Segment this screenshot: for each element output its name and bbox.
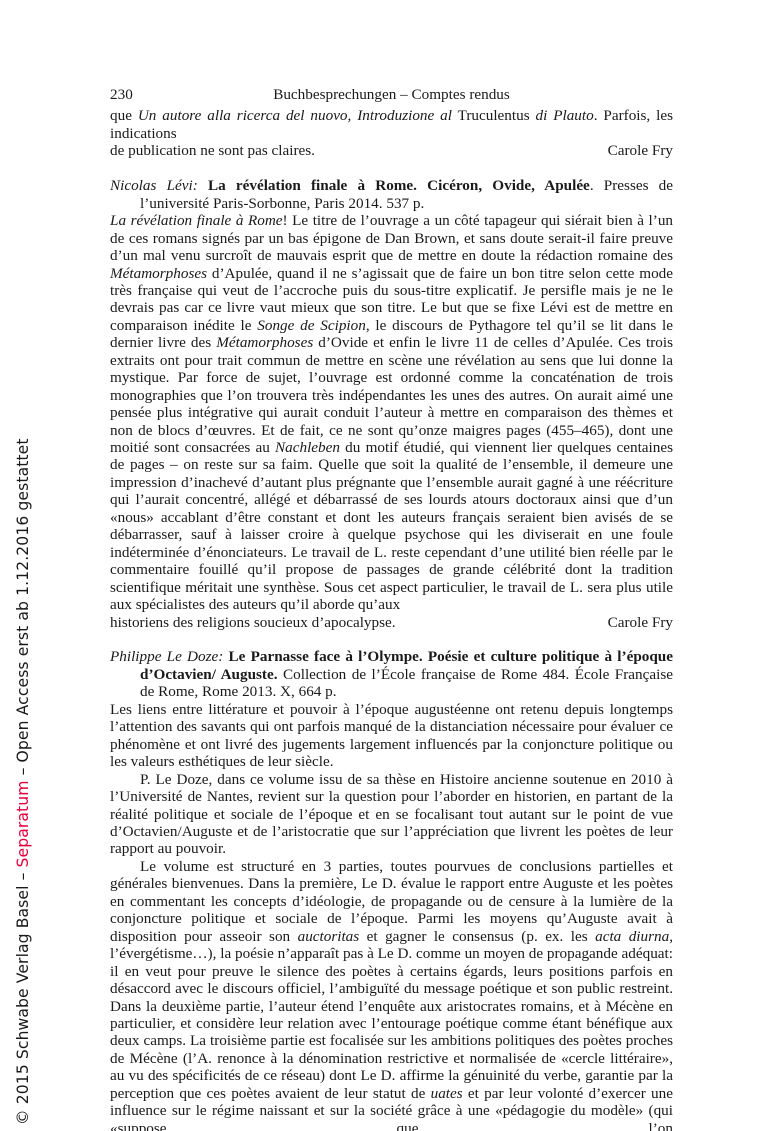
review-paragraph-3: Le volume est structuré en 3 parties, to… bbox=[110, 858, 673, 1131]
book-title: La révélation finale à Rome. Cicéron, Ov… bbox=[208, 177, 590, 194]
review-paragraph-1: Les liens entre littérature et pouvoir à… bbox=[110, 701, 673, 771]
book-citation: Nicolas Lévi: La révélation finale à Rom… bbox=[110, 177, 673, 212]
review-paragraph-2: P. Le Doze, dans ce volume issu de sa th… bbox=[110, 771, 673, 858]
book-author: Philippe Le Doze: bbox=[110, 648, 223, 665]
section-title: Buchbesprechungen – Comptes rendus bbox=[110, 86, 673, 103]
book-author: Nicolas Lévi: bbox=[110, 177, 198, 194]
review-signature-line: historiens des religions soucieux d’apoc… bbox=[110, 614, 673, 631]
previous-review-end: que Un autore alla ricerca del nuovo, In… bbox=[110, 107, 673, 159]
running-head: 230 Buchbesprechungen – Comptes rendus bbox=[110, 86, 673, 103]
reviewer-signature: Carole Fry bbox=[608, 614, 673, 631]
review-ledoze: Philippe Le Doze: Le Parnasse face à l’O… bbox=[110, 648, 673, 1131]
copyright-side-note: © 2015 Schwabe Verlag Basel – Separatum … bbox=[10, 438, 36, 1125]
review-body: La révélation finale à Rome! Le titre de… bbox=[110, 212, 673, 613]
previous-review-line-1: que Un autore alla ricerca del nuovo, In… bbox=[110, 107, 673, 142]
document-page: 230 Buchbesprechungen – Comptes rendus q… bbox=[110, 86, 673, 1131]
side-note-prefix: © 2015 Schwabe Verlag Basel – bbox=[14, 867, 32, 1125]
review-levi: Nicolas Lévi: La révélation finale à Rom… bbox=[110, 177, 673, 631]
side-note-suffix: – Open Access erst ab 1.12.2016 gestatte… bbox=[14, 438, 32, 780]
previous-review-signature-line: de publication ne sont pas claires. Caro… bbox=[110, 142, 673, 159]
reviewer-signature: Carole Fry bbox=[608, 142, 673, 159]
previous-review-line-2: de publication ne sont pas claires. bbox=[110, 142, 315, 159]
book-citation: Philippe Le Doze: Le Parnasse face à l’O… bbox=[110, 648, 673, 700]
review-last-line: historiens des religions soucieux d’apoc… bbox=[110, 614, 396, 631]
side-note-separatum: Separatum bbox=[14, 780, 32, 867]
